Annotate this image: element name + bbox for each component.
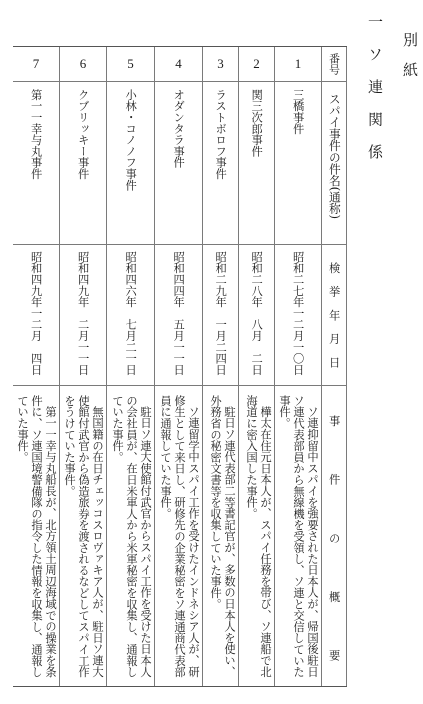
case-summary: ソ連抑留中スパイを強要された日本人が、帰国後駐日ソ連代表部員から無線機を受領し、…: [277, 395, 319, 678]
section-number: 一: [366, 14, 384, 47]
case-number: 3: [217, 56, 224, 72]
case-name: 第一一幸与丸事件: [30, 89, 41, 179]
header-summary: 事件の概要: [328, 415, 339, 661]
arrest-date: 昭和四六年 七月二一日: [125, 251, 136, 375]
case-summary: 駐日ソ連代表部二等書記官が、多数の日本人を使い、外務省の秘密文書等を収集していた…: [208, 395, 236, 678]
case-name: ラストボロフ事件: [215, 89, 226, 179]
header-number-cell: 番号: [322, 47, 346, 82]
table-row: 2 関三次郎事件 昭和二八年 八月 二日 樺太在住元日本人が、スパイ任務を帯び、…: [239, 47, 275, 686]
section-heading: 一ソ連関係: [365, 14, 386, 177]
case-name: 三橋事件: [292, 89, 303, 134]
case-summary: 樺太在住元日本人が、スパイ任務を帯び、ソ連船で北海道に密入国した事件。: [244, 395, 272, 678]
case-name: 小林・コノノフ事件: [125, 89, 136, 191]
arrest-date: 昭和四九年 二月一一日: [77, 251, 88, 375]
header-case-name: スパイ事件の件名(通称): [328, 93, 340, 219]
arrest-date: 昭和二七年一二月一〇日: [292, 251, 303, 375]
case-number: 6: [80, 56, 87, 72]
table-row: 3 ラストボロフ事件 昭和二九年 一月二四日 駐日ソ連代表部二等書記官が、多数の…: [203, 47, 239, 686]
case-name: オダンタラ事件: [173, 89, 184, 168]
header-column: 番号 スパイ事件の件名(通称) 検挙年月日 事件の概要: [322, 47, 347, 686]
arrest-date: 昭和二九年 一月二四日: [215, 251, 226, 375]
arrest-date: 昭和二八年 八月 二日: [251, 251, 262, 375]
header-number: 番号: [329, 53, 340, 75]
header-case-name-cell: スパイ事件の件名(通称): [322, 82, 346, 245]
header-summary-cell: 事件の概要: [322, 386, 346, 686]
case-number: 7: [33, 56, 40, 72]
case-summary: 無国籍の在日チェッコスロヴァキア人が、駐日ソ連大使館付武官から偽造旅券を渡される…: [62, 395, 104, 678]
header-arrest-date-cell: 検挙年月日: [322, 245, 346, 386]
table-row: 1 三橋事件 昭和二七年一二月一〇日 ソ連抑留中スパイを強要された日本人が、帰国…: [275, 47, 322, 686]
case-number: 4: [175, 56, 182, 72]
table-row: 6 クブリッキー事件 昭和四九年 二月一一日 無国籍の在日チェッコスロヴァキア人…: [60, 47, 107, 686]
case-number: 1: [295, 56, 302, 72]
case-number: 2: [253, 56, 260, 72]
case-name: 関三次郎事件: [251, 89, 262, 157]
case-summary: 駐日ソ連大使館付武官からスパイ工作を受けた日本人の会社員が、在日米軍人から米軍秘…: [110, 395, 152, 678]
section-title: ソ連関係: [366, 47, 384, 177]
spy-cases-table: 番号 スパイ事件の件名(通称) 検挙年月日 事件の概要 1 三橋事件 昭和二七年…: [13, 46, 347, 687]
arrest-date: 昭和四四年 五月一一日: [173, 251, 184, 375]
arrest-date: 昭和四九年一二月 四日: [30, 251, 41, 375]
case-number: 5: [127, 56, 134, 72]
case-summary: ソ連留学中スパイ工作を受けたインドネシア人が、研修生として来日し、研修先の企業秘…: [158, 395, 200, 678]
case-summary: 第一一幸与丸船長が、北方領土周辺海域での操業を条件に、ソ連国境警備隊の指令した情…: [15, 395, 57, 678]
attachment-label: 別紙: [400, 32, 421, 92]
table-row: 5 小林・コノノフ事件 昭和四六年 七月二一日 駐日ソ連大使館付武官からスパイ工…: [107, 47, 155, 686]
table-row: 7 第一一幸与丸事件 昭和四九年一二月 四日 第一一幸与丸船長が、北方領土周辺海…: [13, 47, 60, 686]
table-row: 4 オダンタラ事件 昭和四四年 五月一一日 ソ連留学中スパイ工作を受けたインドネ…: [155, 47, 203, 686]
case-name: クブリッキー事件: [77, 89, 88, 179]
header-arrest-date: 検挙年月日: [328, 262, 339, 368]
